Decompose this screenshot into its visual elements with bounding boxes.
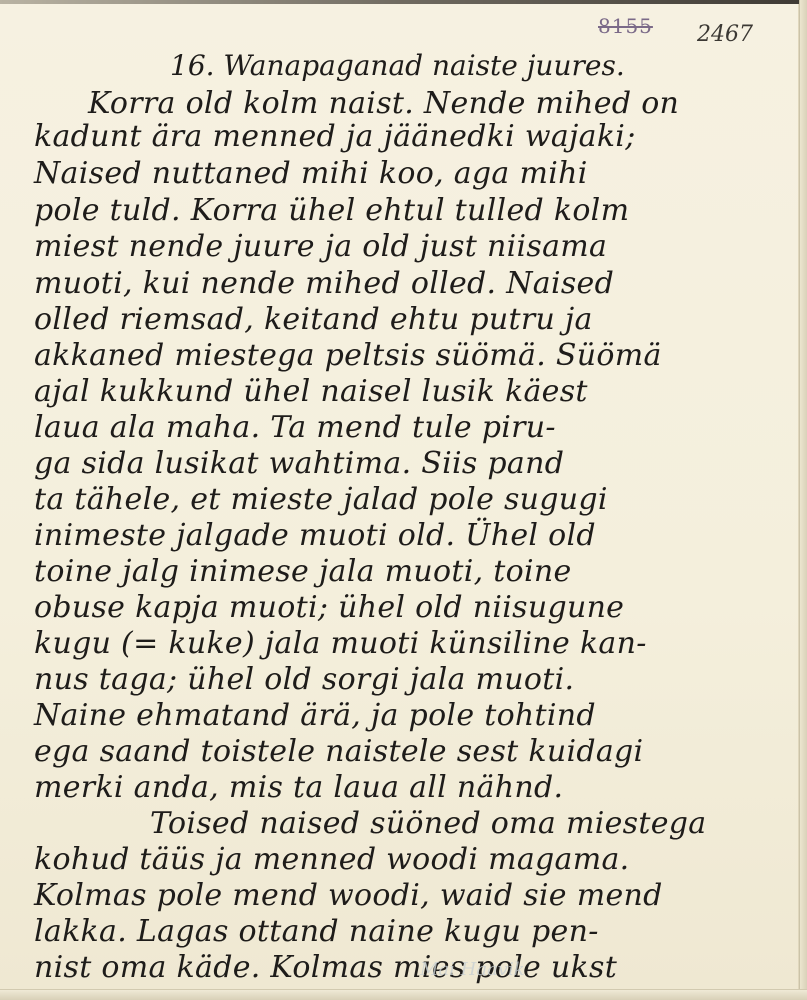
text-line: Korra old kolm naist. Nende mihed on <box>88 86 679 121</box>
text-line: inimeste jalgade muoti old. Ühel old <box>34 518 596 553</box>
text-line: kohud täüs ja menned woodi magama. <box>34 842 630 877</box>
text-line: Kolmas pole mend woodi, waid sie mend <box>34 878 663 913</box>
text-line: miest nende juure ja old just niisama <box>34 229 607 264</box>
text-line: nist oma käde. Kolmas mies pole ukst <box>34 950 617 985</box>
text-line: Toised naised süöned oma miestega <box>150 806 706 841</box>
text-line: lakka. Lagas ottand naine kugu pen- <box>34 914 599 949</box>
page-bottom-edge <box>0 989 807 1000</box>
story-title: 16. Wanapaganad naiste juures. <box>170 49 625 82</box>
archive-number: 2467 <box>697 22 753 47</box>
text-line: ajal kukkund ühel naisel lusik käest <box>34 374 588 409</box>
text-line: kugu (= kuke) jala muoti künsiline kan- <box>34 626 647 661</box>
text-line: olled riemsad, keitand ehtu putru ja <box>34 302 593 337</box>
text-line: ega saand toistele naistele sest kuidagi <box>34 734 643 769</box>
text-line: laua ala maha. Ta mend tule piru- <box>34 410 556 445</box>
text-line: Naine ehmatand ärä, ja pole tohtind <box>34 698 596 733</box>
text-line: Naised nuttaned mihi koo, aga mihi <box>34 156 588 191</box>
manuscript-page: 8155 2467 16. Wanapaganad naiste juures.… <box>0 4 800 994</box>
text-line: pole tuld. Korra ühel ehtul tulled kolm <box>34 193 629 228</box>
text-line: merki anda, mis ta laua all nähnd. <box>34 770 563 805</box>
text-line: toine jalg inimese jala muoti, toine <box>34 554 572 589</box>
bleed-through-signature: Mai Haavik <box>420 959 525 980</box>
archive-number-struck: 8155 <box>598 14 653 38</box>
page-right-edge <box>799 0 807 1000</box>
text-line: nus taga; ühel old sorgi jala muoti. <box>34 662 574 697</box>
text-line: muoti, kui nende mihed olled. Naised <box>34 266 614 301</box>
text-line: akkaned miestega peltsis süömä. Süömä <box>34 338 662 373</box>
text-line: ga sida lusikat wahtima. Siis pand <box>34 446 564 481</box>
text-line: kadunt ära menned ja jäänedki wajaki; <box>34 119 636 154</box>
text-line: obuse kapja muoti; ühel old niisugune <box>34 590 624 625</box>
text-line: ta tähele, et mieste jalad pole sugugi <box>34 482 608 517</box>
